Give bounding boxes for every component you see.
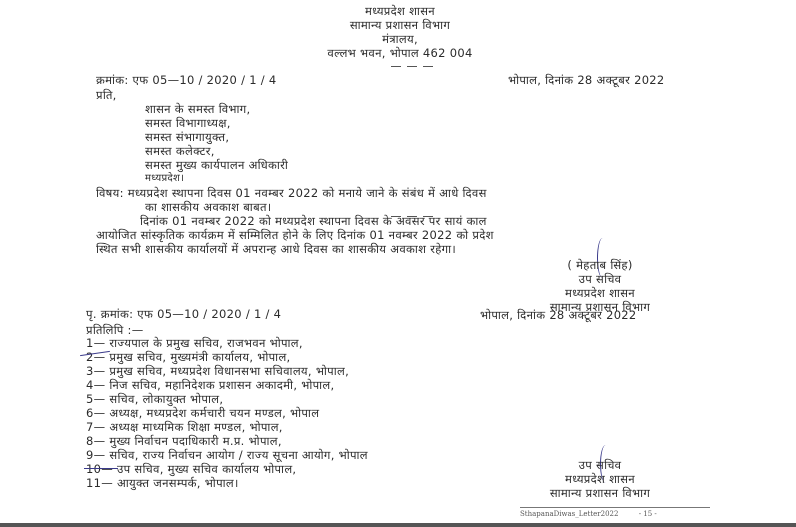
order-number: क्रमांक: एफ 05—10 / 2020 / 1 / 4	[96, 73, 277, 87]
endorsement-date: भोपाल, दिनांक 28 अक्टूबर 2022	[480, 308, 637, 322]
copy-label: प्रतिलिपि :—	[86, 323, 144, 337]
pen-mark	[84, 468, 118, 469]
order-date: भोपाल, दिनांक 28 अक्टूबर 2022	[508, 73, 665, 87]
subject-line: का शासकीय अवकाश बाबत।	[145, 200, 271, 214]
recipient: समस्त विभागाध्यक्ष,	[145, 116, 231, 130]
signatory-designation: उप सचिव	[500, 458, 700, 472]
divider	[391, 66, 401, 67]
prati-label: प्रति,	[96, 88, 117, 102]
copy-item: 11— आयुक्त जनसम्पर्क, भोपाल।	[86, 476, 239, 490]
subject-line: विषय: मध्यप्रदेश स्थापना दिवस 01 नवम्बर …	[96, 186, 487, 200]
copy-item: 7— अध्यक्ष माध्यमिक शिक्षा मण्डल, भोपाल,	[86, 420, 283, 434]
signatory-designation: उप सचिव	[500, 272, 700, 286]
copy-item: 9— सचिव, राज्य निर्वाचन आयोग / राज्य सूच…	[86, 448, 368, 462]
copy-item: 8— मुख्य निर्वाचन पदाधिकारी म.प्र. भोपाल…	[86, 434, 282, 448]
footer-filename: SthapanaDiwas_Letter2022	[520, 510, 618, 518]
recipient: मध्यप्रदेश।	[145, 172, 184, 186]
recipient: समस्त मुख्य कार्यपालन अधिकारी	[145, 158, 288, 172]
body-text: स्थित सभी शासकीय कार्यालयों में अपरान्ह …	[96, 242, 456, 256]
copy-item: 10— उप सचिव, मुख्य सचिव कार्यालय भोपाल,	[86, 462, 296, 476]
copy-item: 4— निज सचिव, महानिदेशक प्रशासन अकादमी, भ…	[86, 378, 334, 392]
copy-item: 6— अध्यक्ष, मध्यप्रदेश कर्मचारी चयन मण्ड…	[86, 406, 319, 420]
body-text: दिनांक 01 नवम्बर 2022 को मध्यप्रदेश स्था…	[140, 214, 487, 228]
header-department: सामान्य प्रशासन विभाग	[250, 18, 550, 32]
signatory-dept: सामान्य प्रशासन विभाग	[500, 486, 700, 500]
bottom-border	[0, 523, 796, 527]
recipient: समस्त संभागायुक्त,	[145, 130, 229, 144]
copy-item: 2— प्रमुख सचिव, मुख्यमंत्री कार्यालय, भो…	[86, 350, 291, 364]
body-text: आयोजित सांस्कृतिक कार्यक्रम में सम्मिलित…	[96, 228, 494, 242]
recipient: शासन के समस्त विभाग,	[145, 102, 251, 116]
divider	[423, 66, 433, 67]
copy-item: 5— सचिव, लोकायुक्त भोपाल,	[86, 392, 223, 406]
signatory-govt: मध्यप्रदेश शासन	[500, 286, 700, 300]
header-govt: मध्यप्रदेश शासन	[250, 4, 550, 18]
endorsement-number: पृ. क्रमांक: एफ 05—10 / 2020 / 1 / 4	[86, 307, 281, 321]
recipient: समस्त कलेक्टर,	[145, 144, 215, 158]
copy-item: 3— प्रमुख सचिव, मध्यप्रदेश विधानसभा सचिव…	[86, 364, 349, 378]
header-ministry: मंत्रालय,	[250, 32, 550, 46]
header-address: वल्लभ भवन, भोपाल 462 004	[250, 46, 550, 60]
footer-rule	[520, 507, 710, 508]
footer: SthapanaDiwas_Letter2022 - 15 -	[520, 510, 657, 518]
footer-page: - 15 -	[639, 510, 657, 518]
signatory-govt: मध्यप्रदेश शासन	[500, 472, 700, 486]
signatory-name: ( मेहताब सिंह)	[500, 258, 700, 272]
divider	[407, 66, 417, 67]
copy-item: 1— राज्यपाल के प्रमुख सचिव, राजभवन भोपाल…	[86, 336, 303, 350]
